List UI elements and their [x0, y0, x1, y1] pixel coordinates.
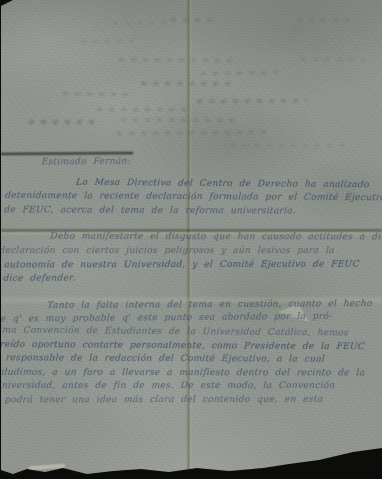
- letter-line: Universidad, antes de fin de mes. De est…: [0, 380, 365, 394]
- bleedthrough-mark: [197, 99, 307, 103]
- bleedthrough-mark: [301, 58, 371, 61]
- bleedthrough-mark: [231, 144, 351, 147]
- photo-background: { "document": { "kind": "handwritten-let…: [0, 0, 382, 479]
- letter-line: declaración con ciertos juicios peligros…: [0, 245, 375, 259]
- letter-line: de FEUC, acerca del tema de la reforma u…: [4, 204, 378, 219]
- bleedthrough-mark: [171, 18, 217, 22]
- letter-line: y responsable de la redacción del Comité…: [0, 352, 367, 367]
- letter-line: Estimado Fernán:: [41, 154, 381, 170]
- letter-line: aludimos, a un foro a llevarse a manifie…: [0, 366, 366, 380]
- bleedthrough-mark: [97, 108, 187, 111]
- letter-line: podrá tener una idea más clara del conte…: [4, 394, 364, 408]
- letter-line: dice defender.: [3, 271, 373, 286]
- letter-paper: Estimado Fernán:La Mesa Directiva del Ce…: [1, 0, 382, 479]
- bleedthrough-mark: [119, 58, 239, 62]
- bleedthrough-mark: [63, 92, 133, 96]
- letter-line: Debo manifestarte el disgusto que han ca…: [50, 231, 376, 245]
- letter-line: autonomía de nuestra Universidad, y el C…: [4, 258, 374, 272]
- bleedthrough-mark: [29, 120, 95, 124]
- bleedthrough-mark: [121, 118, 241, 122]
- bleedthrough-mark: [113, 21, 175, 25]
- torn-edge-highlight: [29, 464, 65, 471]
- letter-body: Estimado Fernán:La Mesa Directiva del Ce…: [0, 155, 381, 408]
- bleedthrough-mark: [201, 71, 277, 75]
- bleedthrough-mark: [81, 40, 135, 43]
- bleedthrough-mark: [297, 18, 355, 22]
